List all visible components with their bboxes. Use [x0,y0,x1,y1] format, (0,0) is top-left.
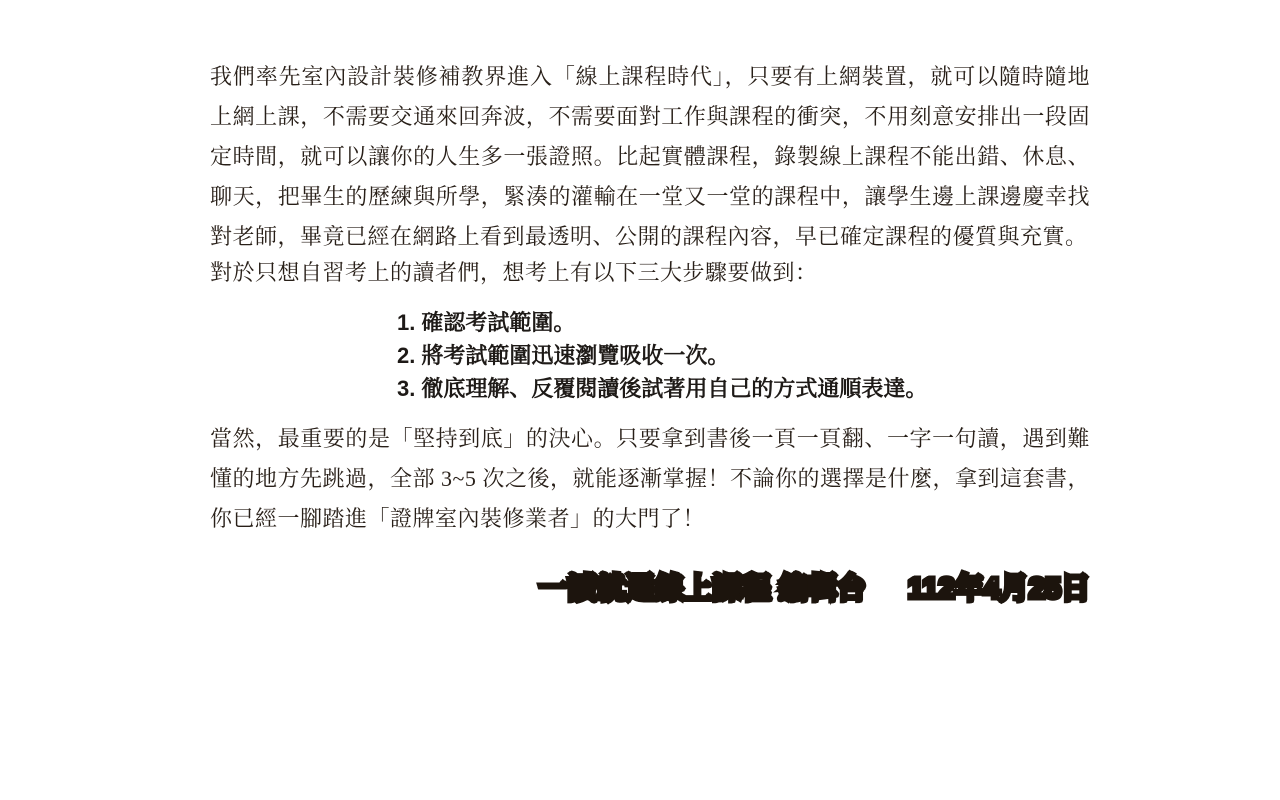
steps-list: 1.確認考試範圍。 2.將考試範圍迅速瀏覽吸收一次。 3.徹底理解、反覆閱讀後試… [397,306,927,405]
document-page: 我們率先室內設計裝修補教界進入「線上課程時代」，只要有上網裝置，就可以隨時隨地上… [0,0,1280,800]
signature-editor-name: 一讀就通線上課程 編輯台 [539,573,866,605]
closing-paragraph: 當然，最重要的是「堅持到底」的決心。只要拿到書後一頁一頁翻、一字一句讀，遇到難懂… [210,419,1090,539]
intro-paragraph: 我們率先室內設計裝修補教界進入「線上課程時代」，只要有上網裝置，就可以隨時隨地上… [210,57,1090,257]
step-number: 1. [397,306,415,339]
step-text: 確認考試範圍。 [421,310,575,335]
step-number: 2. [397,339,415,372]
step-item-3: 3.徹底理解、反覆閱讀後試著用自己的方式通順表達。 [397,372,927,405]
step-text: 徹底理解、反覆閱讀後試著用自己的方式通順表達。 [421,376,927,401]
step-item-1: 1.確認考試範圍。 [397,306,927,339]
step-number: 3. [397,372,415,405]
signature-date: 112年4月25日 [908,573,1090,605]
step-text: 將考試範圍迅速瀏覽吸收一次。 [421,343,729,368]
step-item-2: 2.將考試範圍迅速瀏覽吸收一次。 [397,339,927,372]
steps-lead-paragraph: 對於只想自習考上的讀者們，想考上有以下三大步驟要做到： [210,253,1090,293]
signature-line: 一讀就通線上課程 編輯台112年4月25日 [210,566,1090,607]
